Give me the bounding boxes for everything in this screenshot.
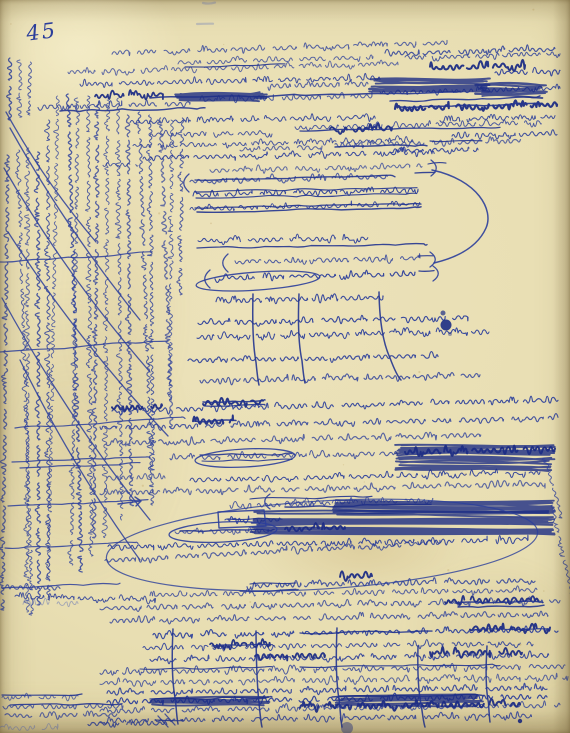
handwriting-line [88,720,167,727]
strike-line [202,459,292,461]
ink-blot-mark [341,722,353,733]
main-handwriting [0,40,568,730]
handwriting-line [190,469,540,482]
handwriting-line [103,163,138,167]
handwriting-layer: 45 [0,0,570,733]
scribble-cancellations [150,78,555,706]
handwriting-line [150,130,272,137]
scribble-blob [369,78,490,91]
handwriting-line [80,73,380,87]
strike-line [197,244,427,248]
scribble-blob [175,92,267,101]
paper-speckle [478,453,479,454]
manuscript-page: 45 [0,0,570,733]
faint-smudge [203,3,215,4]
strike-line [250,583,296,584]
margin-text-column [27,62,32,115]
open-parenthesis [184,174,189,192]
handwriting-line [15,593,156,604]
scribble-blob [475,83,547,98]
handwriting-line [5,711,117,719]
paper-speckle [210,223,212,225]
paper-speckle [249,601,251,603]
paper-speckle [142,485,144,487]
close-parenthesis [430,252,435,267]
handwriting-line [200,372,480,384]
ink-blot-mark [518,719,522,723]
paper-speckle [532,9,534,11]
vertical-strike [253,294,259,385]
paper-speckle [447,569,449,571]
paper-speckle [341,545,342,546]
paper-speckle [519,644,521,646]
handwriting-line [430,60,525,71]
paper-speckle [309,241,310,242]
margin-text-column [24,148,30,612]
handwriting-line [268,81,368,90]
handwriting-line [340,571,372,581]
margin-strike [12,457,150,462]
handwriting-line [143,640,533,651]
paper-speckle [418,371,420,373]
ink-blot-mark [448,332,452,336]
handwriting-line [130,114,375,124]
word-circle [196,268,321,295]
strike-line [415,172,435,173]
strike-line [196,193,416,198]
strike-line [200,453,292,455]
strike-line [458,605,544,607]
handwriting-line [295,120,541,131]
handwriting-line [495,67,560,76]
vertical-strike [379,292,401,380]
margin-text-column [0,155,10,610]
paper-speckle [105,111,107,113]
open-parenthesis [223,254,228,272]
paper-speckle [343,464,344,465]
paper-speckle [223,44,224,45]
handwriting-line [178,55,373,65]
handwriting-line [198,315,468,326]
handwriting-line [110,611,548,624]
handwriting-line [188,352,438,363]
handwriting-line [385,45,555,56]
margin-text-column [85,96,93,556]
vertical-strike [172,629,178,724]
ink-blot [197,3,522,733]
handwriting-line [210,163,422,173]
margin-text-column [177,118,184,295]
paper-speckle [364,481,365,482]
margin-insertions [0,58,185,727]
ink-blot-mark [441,311,446,316]
page-number: 45 [24,18,58,46]
verse-bracket [432,170,488,263]
handwriting-line [240,146,322,152]
strike-line [205,404,265,406]
ink-blot-mark [441,320,452,331]
handwriting-line [68,60,398,75]
margin-text-column [66,94,83,572]
handwriting-line [198,234,368,244]
paper-speckle [10,23,11,24]
handwriting-line [2,693,78,701]
handwriting-line [0,724,58,731]
handwriting-line [235,254,420,265]
close-parenthesis [433,266,438,281]
strike-line [419,271,434,272]
margin-text-column [92,102,100,538]
margin-text-column [17,60,22,117]
handwriting-line [100,480,545,494]
strike-line [250,496,372,499]
paper-speckle [464,473,466,475]
scribble-blob [333,500,555,517]
strike-line [428,163,446,164]
strike-line [185,64,285,67]
handwriting-line [143,148,434,161]
strike-line [472,629,550,630]
margin-text-column [115,98,123,520]
handwriting-line [100,673,568,686]
right-margin-note [552,505,570,596]
handwriting-line [100,414,558,431]
open-parenthesis [265,494,270,509]
strike-line [2,694,82,696]
strike-throughs [2,64,550,721]
handwriting-line [405,52,560,61]
strike-line [10,704,122,705]
strike-line [335,145,427,147]
handwriting-line [100,597,560,612]
vertical-strike [336,628,342,727]
paper-speckle [158,212,160,214]
margin-text-column [7,58,12,120]
handwriting-line [112,396,558,414]
handwriting-line [107,473,165,480]
paper-speckle [543,590,545,592]
handwriting-line [452,130,557,139]
